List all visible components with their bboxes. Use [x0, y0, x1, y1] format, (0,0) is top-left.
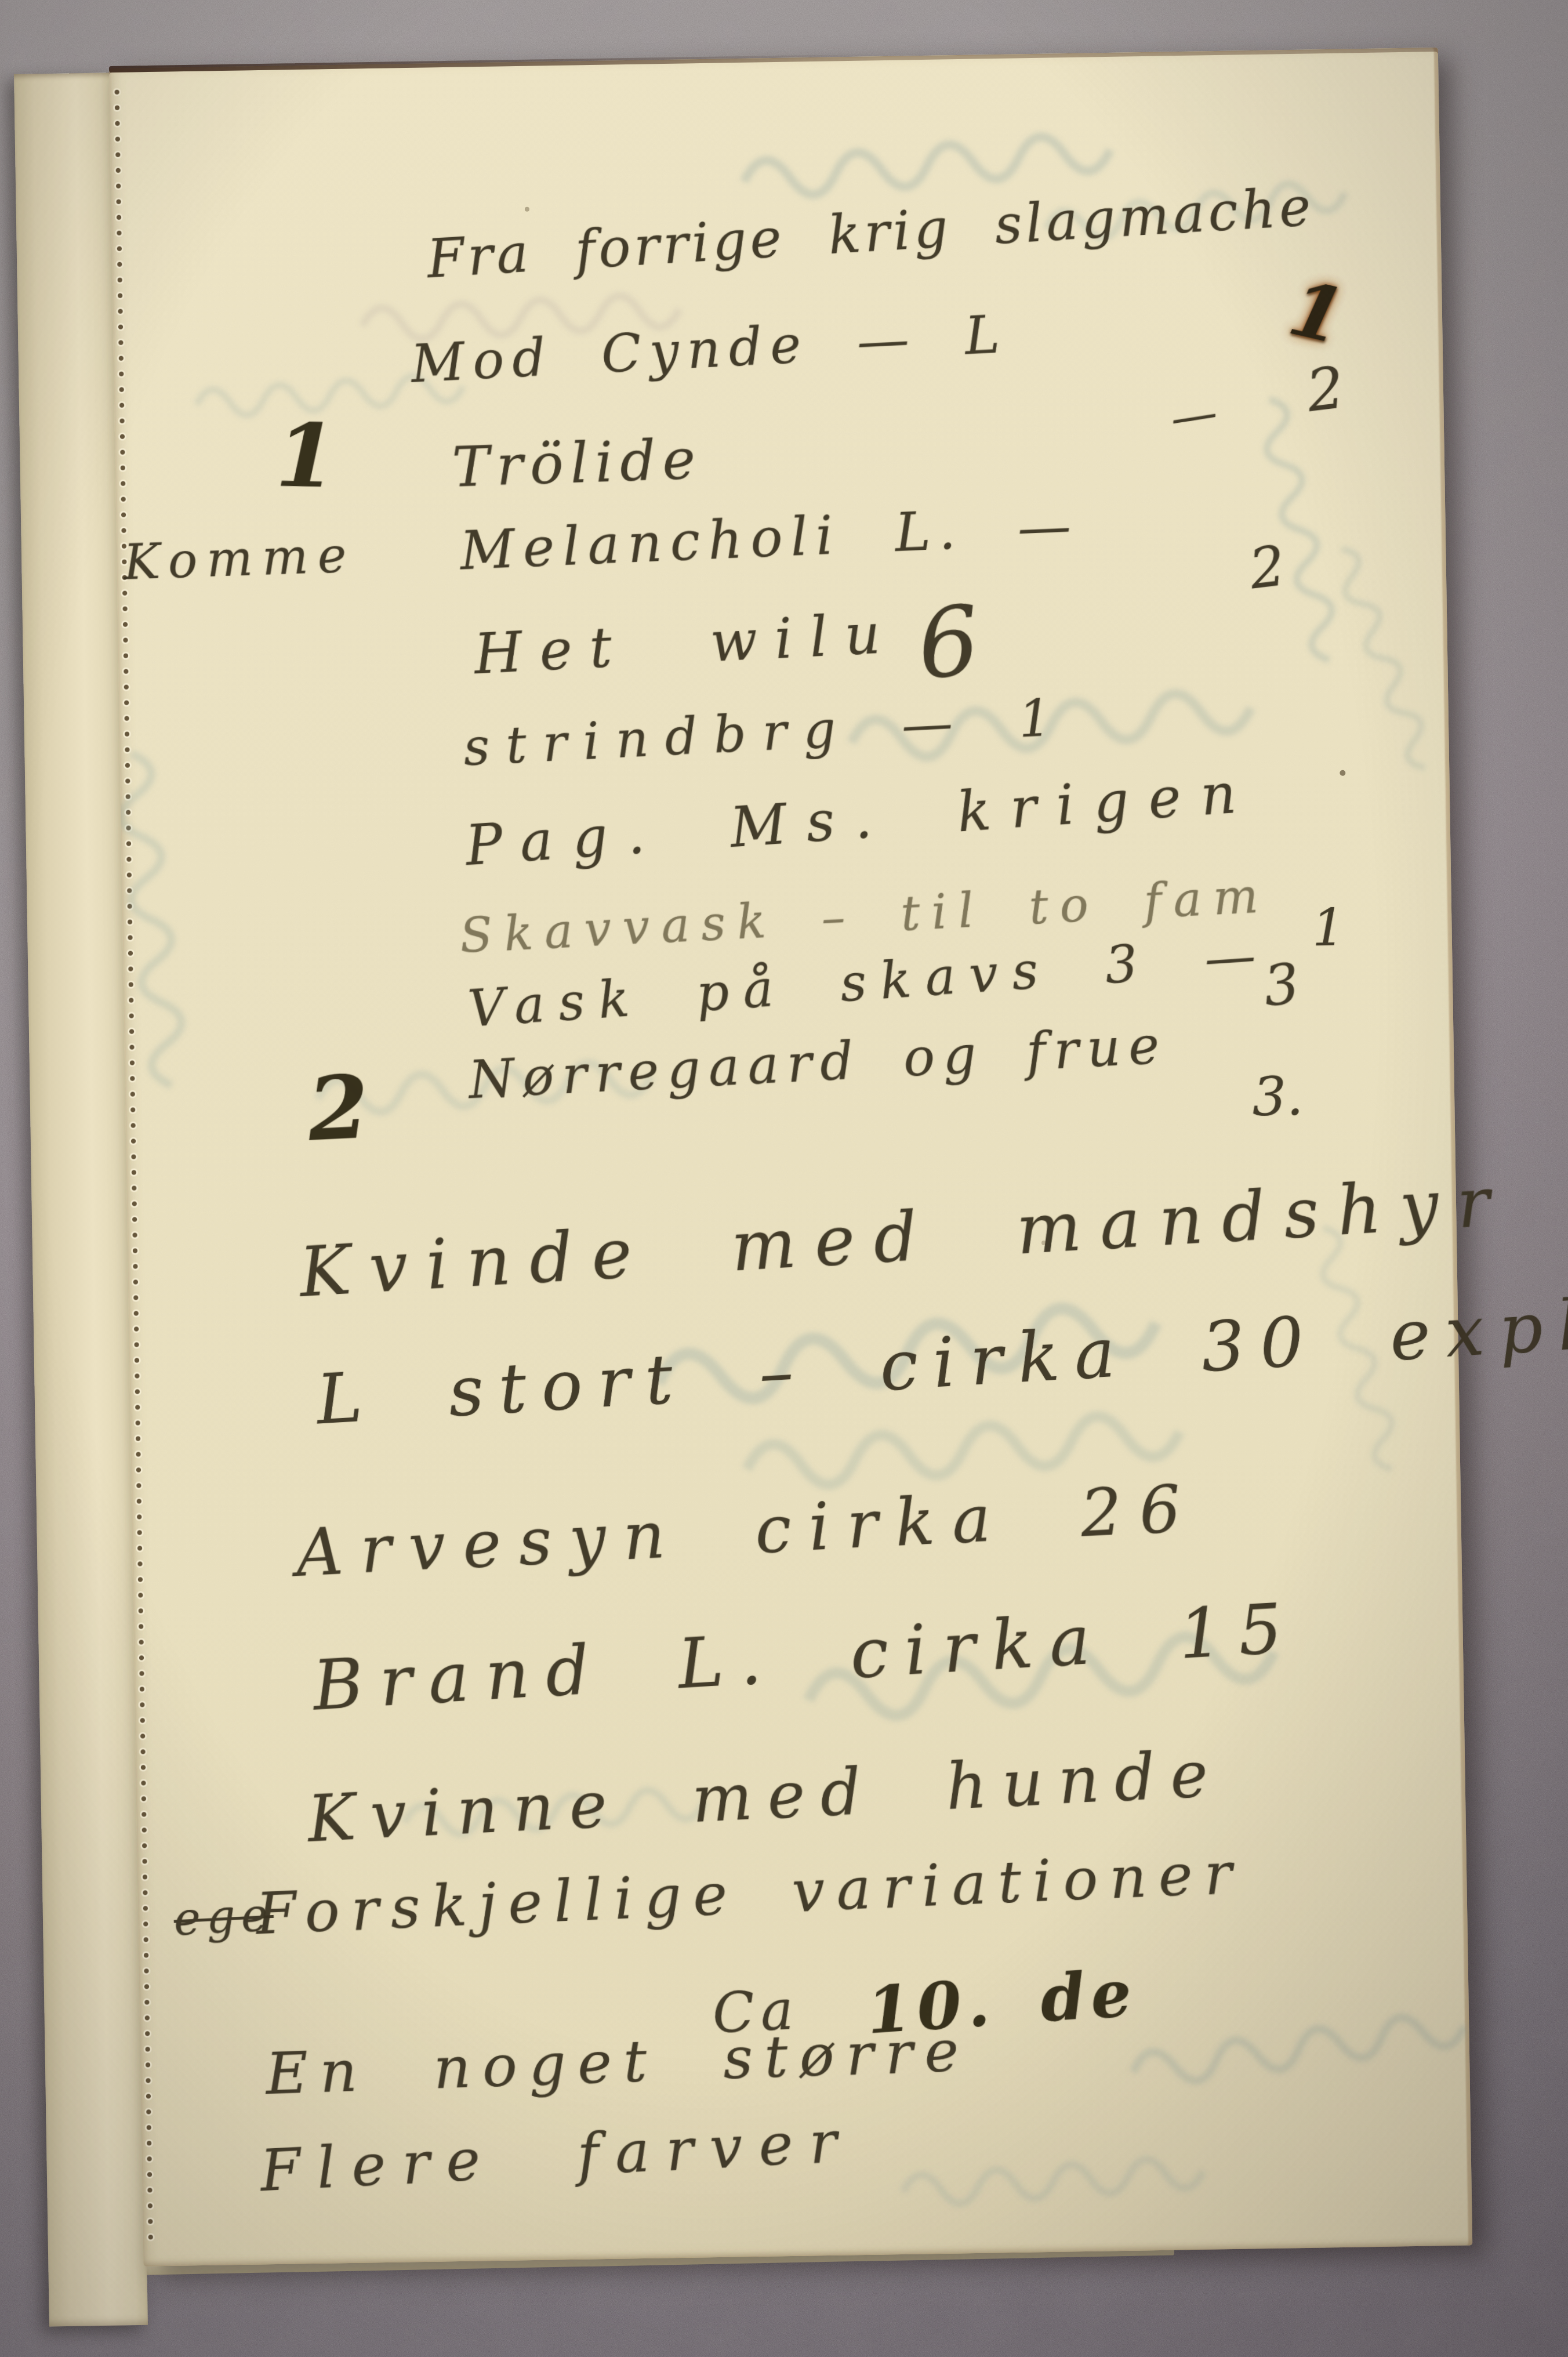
photographed-notebook-scene: Fra forrige krig slagmache1Mod Cynde — L… [0, 0, 1568, 2357]
handwriting-line: Mod Cynde — L [409, 304, 1009, 395]
handwriting-line: En noget større [265, 2017, 972, 2108]
handwriting-line: Trölide [451, 426, 703, 499]
handwriting-line: 3 [1261, 952, 1302, 1020]
handwriting-line: 2 [1303, 353, 1348, 425]
notebook-page: Fra forrige krig slagmache1Mod Cynde — L… [109, 48, 1472, 2267]
handwriting-line: strindbrg — 1 [462, 687, 1069, 778]
handwriting-line: Brand L. cirka 15 [311, 1587, 1301, 1726]
handwriting-line: Pag. Ms. krigen [464, 761, 1258, 879]
handwriting-line: — [1167, 385, 1221, 445]
handwriting-layer: Fra forrige krig slagmache1Mod Cynde — L… [109, 48, 1472, 2267]
handwriting-line: 2 [306, 1056, 371, 1161]
handwriting-line: Flere farver [259, 2107, 855, 2205]
handwriting-line: 1 [1282, 263, 1353, 361]
handwriting-line: Kvinne med hunde [306, 1736, 1225, 1856]
handwriting-line: Melancholi L. — [459, 494, 1081, 582]
handwriting-line: 6 [913, 585, 983, 701]
handwriting-line: 1 [1312, 898, 1345, 958]
handwriting-line: 3. [1252, 1065, 1304, 1128]
handwriting-line: Kvinde med mandshyr [297, 1161, 1511, 1313]
handwriting-line: 2 [1246, 534, 1288, 601]
handwriting-line: Fra forrige krig slagmache [425, 176, 1316, 291]
handwriting-line: L stort – cirka 30 expl [314, 1284, 1568, 1440]
handwriting-line: Forskjellige variationer [255, 1839, 1245, 1948]
handwriting-line: 1 [274, 404, 337, 507]
handwriting-line: Het wilu [473, 602, 899, 687]
handwriting-line: Komme [123, 527, 357, 591]
handwriting-line: Arvesyn cirka 26 [294, 1471, 1200, 1592]
